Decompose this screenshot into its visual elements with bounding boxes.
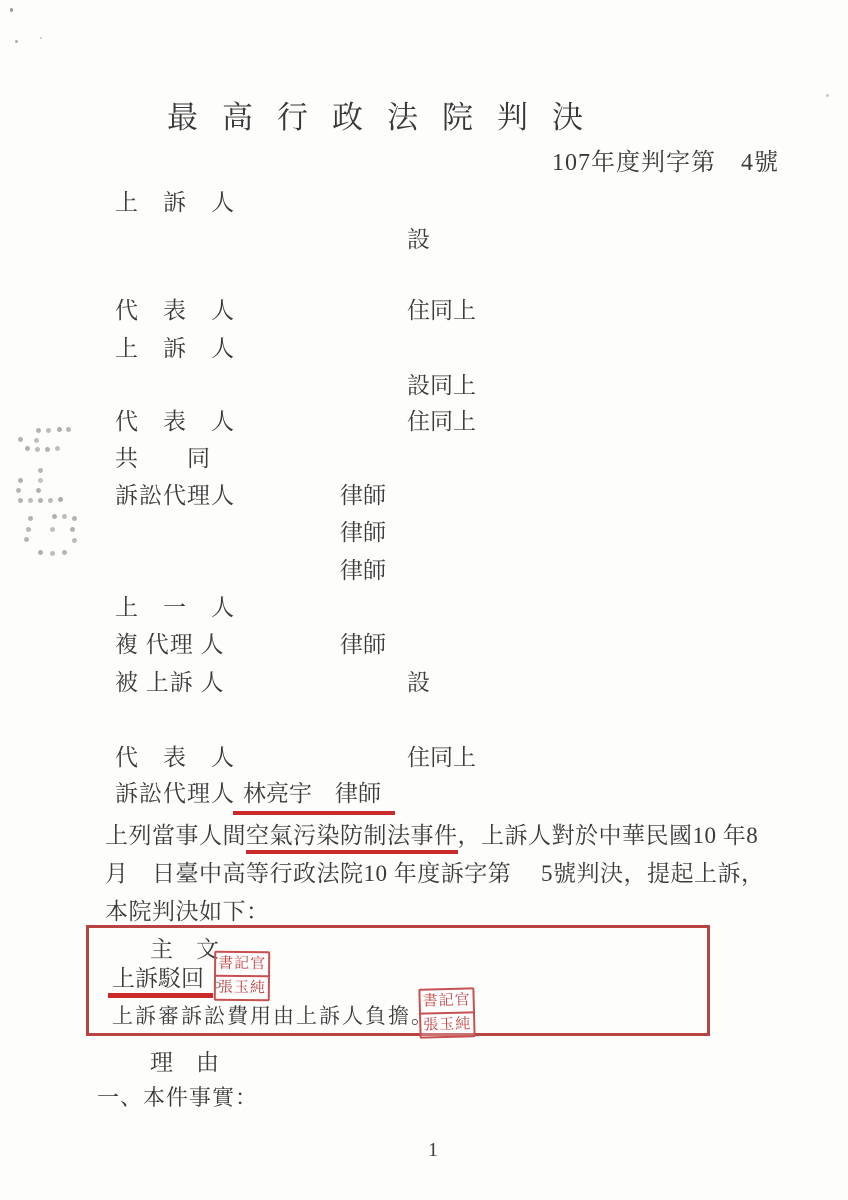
reasons-heading: 理 由 [150, 1044, 219, 1077]
scan-speck [826, 94, 829, 97]
case-type-underlined: 空氣污染防制法事件 [246, 823, 458, 854]
scan-speck [10, 8, 13, 12]
party-row: 律師 [115, 552, 775, 582]
party-value: 律師 [340, 626, 386, 659]
party-value: 設 [407, 221, 430, 254]
party-row: 訴訟代理人 律師 [115, 477, 775, 507]
party-row: 複 代理 人 律師 [115, 626, 775, 656]
costs-line: 上訴審訴訟費用由上訴人負擔。 [112, 1000, 434, 1030]
party-row: 設同上 [115, 367, 775, 397]
party-label: 上 訴 人 [115, 184, 235, 217]
party-value: 住同上 [407, 292, 476, 325]
party-value: 律師 [340, 514, 386, 547]
party-label: 代 表 人 [115, 403, 235, 436]
party-label: 訴訟代理人 [115, 477, 235, 510]
clerk-stamp-name: 張玉純 [216, 975, 268, 1000]
party-row: 上 訴 人 [115, 330, 775, 360]
party-label: 被 上訴 人 [115, 664, 225, 697]
party-label: 共 同 [115, 440, 211, 473]
preamble-line: 月 日臺中高等行政法院10 年度訴字第 5號判決，提起上訴， [105, 855, 765, 888]
party-row: 共 同 [115, 440, 775, 470]
party-value: 設同上 [407, 367, 476, 400]
party-value: 律師 [340, 552, 386, 585]
party-label: 上 訴 人 [115, 330, 235, 363]
party-row: 上 一 人 [115, 589, 775, 619]
case-number: 107年度判字第 4號 [552, 142, 779, 177]
party-value: 住同上 [407, 403, 476, 436]
attorney-name-underlined: 林亮宇 律師 [233, 775, 395, 815]
party-value: 設 [407, 664, 430, 697]
preamble-text: 上列當事人間 [105, 823, 246, 848]
preamble-text: ，上訴人對於中華民國10 年8 [458, 823, 759, 848]
clerk-seal-stamp: 書記官 張玉純 [418, 987, 475, 1038]
ruling-underlined: 上訴駁回 [108, 966, 213, 998]
party-row: 律師 [115, 514, 775, 544]
clerk-stamp-name: 張玉純 [421, 1011, 474, 1036]
party-label: 訴訟代理人 [115, 775, 235, 808]
party-label: 上 一 人 [115, 589, 235, 622]
margin-punch-dots [0, 0, 5, 5]
document-title: 最高行政法院判決 [167, 92, 607, 137]
costs-text: 上訴審訴訟費用由上訴人負擔 [112, 1004, 411, 1028]
reasons-item: 一、本件事實： [97, 1081, 258, 1112]
party-row: 代 表 人 住同上 [115, 292, 775, 322]
party-row: 代 表 人 住同上 [115, 403, 775, 433]
party-row: 訴訟代理人 林亮宇 律師 [115, 775, 775, 805]
scan-speck [40, 37, 42, 39]
party-label: 代 表 人 [115, 292, 235, 325]
clerk-seal-stamp: 書記官 張玉純 [214, 951, 271, 1002]
party-row: 被 上訴 人 設 [115, 664, 775, 694]
scanned-judgment-page: 最高行政法院判決 107年度判字第 4號 上 訴 人 設 代 表 人 住同上 上… [0, 0, 848, 1200]
party-value: 律師 [340, 477, 386, 510]
scan-speck [15, 40, 18, 43]
party-row: 代 表 人 住同上 [115, 739, 775, 769]
clerk-stamp-title: 書記官 [216, 953, 268, 976]
preamble-line: 本院判決如下： [105, 893, 270, 926]
page-number: 1 [428, 1139, 438, 1162]
party-label: 代 表 人 [115, 739, 235, 772]
party-row: 上 訴 人 [115, 184, 775, 214]
party-row: 設 [115, 221, 775, 251]
clerk-stamp-title: 書記官 [420, 989, 473, 1012]
preamble-line: 上列當事人間空氣污染防制法事件，上訴人對於中華民國10 年8 [105, 817, 758, 850]
party-label: 複 代理 人 [115, 626, 225, 659]
party-value: 住同上 [407, 739, 476, 772]
